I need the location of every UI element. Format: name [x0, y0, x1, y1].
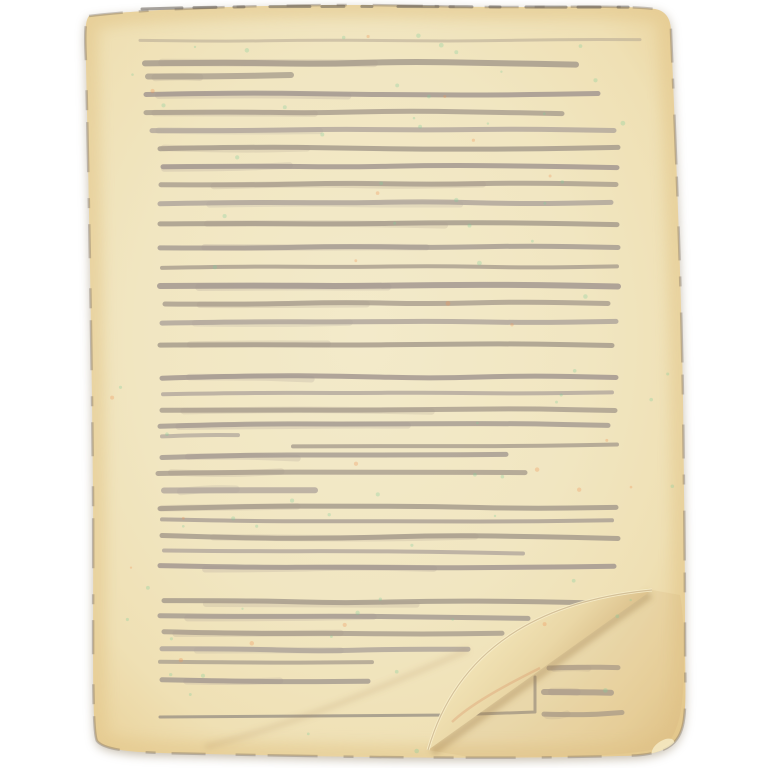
speckle	[250, 641, 255, 646]
speckle	[572, 579, 576, 583]
speckle	[330, 635, 333, 638]
speckle	[182, 525, 185, 528]
speckle	[379, 598, 382, 601]
speckle	[603, 688, 608, 693]
speckle	[577, 488, 581, 492]
speckle	[468, 224, 472, 228]
speckle	[593, 78, 597, 82]
speckle	[376, 492, 380, 496]
speckle	[605, 439, 608, 442]
speckle	[413, 117, 416, 120]
speckle	[630, 486, 633, 489]
speckle	[543, 622, 547, 626]
speckle	[621, 121, 626, 126]
speckle	[342, 36, 346, 40]
ink-pooling	[200, 304, 367, 305]
speckle	[446, 301, 451, 306]
speckle	[451, 618, 454, 621]
speckle	[231, 516, 235, 520]
ink-pooling	[171, 472, 281, 474]
speckle	[494, 515, 496, 517]
ink-pooling	[214, 184, 483, 186]
ink-pooling	[159, 131, 320, 132]
ink-pooling	[190, 344, 328, 345]
ink-pooling	[188, 617, 374, 619]
speckle	[579, 44, 583, 48]
speckle	[427, 95, 431, 99]
speckle	[119, 386, 122, 389]
ink-pooling	[179, 425, 408, 426]
speckle	[328, 513, 331, 516]
speckle	[179, 658, 183, 662]
speckle	[169, 673, 172, 676]
speckle	[255, 525, 258, 528]
text-line	[163, 392, 612, 394]
speckle	[477, 261, 482, 266]
speckle	[395, 83, 399, 87]
ink-pooling	[155, 77, 199, 78]
speckle	[510, 323, 513, 326]
speckle	[476, 422, 479, 425]
speckle	[560, 393, 563, 396]
text-line	[162, 266, 617, 268]
speckle	[535, 467, 539, 471]
speckle	[439, 43, 444, 48]
ink-pooling	[158, 95, 348, 96]
speckle	[189, 693, 192, 696]
speckle	[130, 566, 132, 568]
ink-pooling	[199, 287, 388, 288]
speckle	[307, 733, 310, 736]
ink-pooling	[210, 203, 460, 204]
speckle	[354, 462, 358, 466]
speckle	[245, 48, 250, 53]
speckle	[161, 103, 165, 107]
ink-pooling	[207, 223, 444, 225]
ink-pooling	[205, 567, 433, 569]
paper-illustration	[0, 0, 768, 768]
speckle	[472, 139, 475, 142]
ink-pooling	[164, 148, 307, 149]
speckle	[354, 259, 357, 262]
speckle	[150, 89, 154, 93]
speckle	[671, 484, 675, 488]
speckle	[355, 611, 359, 615]
text-line	[293, 445, 617, 447]
speckle	[454, 198, 458, 202]
speckle	[131, 73, 134, 76]
speckle	[320, 133, 324, 137]
speckle	[241, 608, 243, 610]
ink-pooling	[187, 681, 281, 682]
ink-pooling	[162, 506, 297, 508]
speckle	[379, 181, 383, 185]
ink-pooling	[206, 604, 416, 605]
ink-pooling	[162, 63, 374, 64]
speckle	[283, 105, 287, 109]
speckle	[487, 122, 489, 124]
ink-pooling	[184, 410, 432, 412]
speckle	[182, 517, 185, 520]
speckle	[410, 544, 413, 547]
speckle	[416, 33, 420, 37]
text-line	[162, 435, 238, 436]
speckle	[414, 749, 419, 754]
speckle	[201, 674, 205, 678]
speckle	[561, 180, 565, 184]
speckle	[573, 369, 577, 373]
speckle	[213, 265, 217, 269]
speckle	[531, 240, 534, 243]
text-line	[160, 662, 372, 663]
speckle	[146, 586, 150, 590]
speckle	[170, 637, 173, 640]
speckle	[290, 499, 294, 503]
speckle	[501, 475, 505, 479]
aged-paper-document	[0, 0, 768, 768]
ink-pooling	[189, 377, 311, 379]
ink-pooling	[164, 166, 290, 169]
speckle	[543, 112, 546, 115]
speckle	[629, 599, 631, 601]
speckle	[376, 191, 380, 195]
ink-pooling	[176, 633, 341, 634]
speckle	[443, 95, 446, 98]
speckle	[165, 432, 169, 436]
speckle	[454, 50, 458, 54]
ink-pooling	[188, 456, 297, 458]
speckle	[343, 623, 347, 627]
ink-pooling	[213, 536, 475, 538]
speckle	[418, 125, 422, 129]
speckle	[126, 618, 129, 621]
text-line	[140, 40, 640, 42]
speckle	[473, 473, 477, 477]
speckle	[235, 155, 239, 159]
text-line	[162, 519, 612, 521]
speckle	[367, 35, 370, 38]
speckle	[393, 222, 396, 225]
speckle	[615, 614, 619, 618]
speckle	[395, 670, 399, 674]
speckle	[110, 396, 114, 400]
speckle	[666, 372, 669, 375]
ink-pooling	[155, 113, 315, 114]
speckle	[649, 398, 653, 402]
speckle	[543, 202, 546, 205]
ink-pooling	[181, 489, 236, 492]
speckle	[583, 294, 588, 299]
speckle	[194, 46, 196, 48]
speckle	[500, 71, 502, 73]
speckle	[555, 401, 558, 404]
speckle	[223, 214, 227, 218]
ink-pooling	[195, 323, 350, 324]
speckle	[549, 175, 552, 178]
